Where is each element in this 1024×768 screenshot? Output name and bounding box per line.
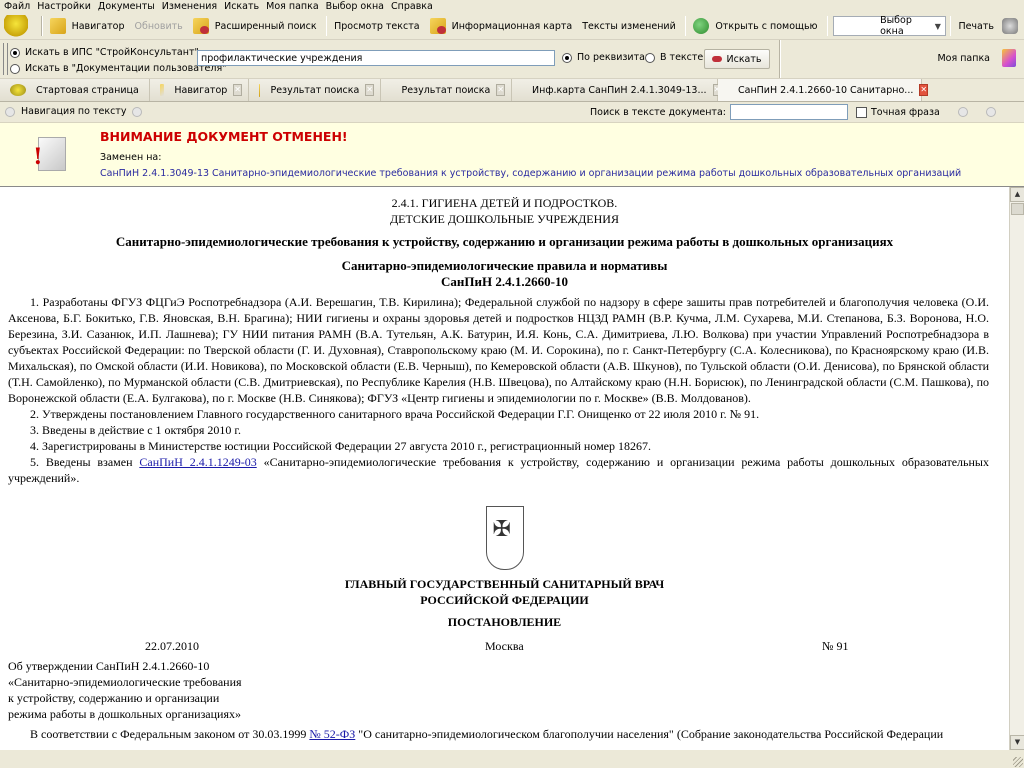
tab-search-result-1[interactable]: Результат поиска✕ — [249, 79, 381, 101]
resize-grip-icon[interactable] — [1013, 757, 1023, 767]
status-bar — [0, 751, 1024, 768]
binoculars-icon — [712, 56, 722, 62]
menu-window-select[interactable]: Выбор окна — [322, 1, 387, 12]
close-icon[interactable]: ✕ — [365, 84, 374, 96]
menu-settings[interactable]: Настройки — [33, 1, 94, 12]
scroll-up-icon[interactable]: ▲ — [1010, 187, 1024, 202]
p5-text: 5. Введены взамен — [30, 455, 139, 469]
scope-ips-label: Искать в ИПС "СтройКонсультант" — [25, 47, 199, 58]
open-with-button[interactable]: Открыть с помощью — [689, 15, 823, 37]
advanced-search-button[interactable]: Расширенный поиск — [189, 15, 323, 37]
search-button[interactable]: Искать — [704, 49, 770, 69]
home-icon — [10, 84, 26, 96]
paragraph-preamble: В соответствии с Федеральным законом от … — [8, 726, 989, 742]
exact-phrase-checkbox[interactable] — [856, 107, 867, 118]
tab-start-page[interactable]: Стартовая страница — [0, 79, 150, 101]
vertical-scrollbar[interactable]: ▲ ▼ — [1009, 187, 1024, 750]
menu-changes[interactable]: Изменения — [158, 1, 220, 12]
open-with-icon — [693, 18, 709, 34]
toolbar-separator — [685, 16, 687, 36]
radio-unchecked-icon — [10, 64, 20, 74]
document-subtitle: Санитарно-эпидемиологические правила и н… — [0, 258, 1009, 274]
find-label: Поиск в тексте документа: — [590, 107, 726, 118]
decree-about-line: режима работы в дошкольных организациях» — [8, 706, 1009, 722]
advanced-search-label: Расширенный поиск — [215, 21, 317, 32]
decree-about-line: «Санитарно-эпидемиологические требования — [8, 674, 1009, 690]
close-icon[interactable]: ✕ — [233, 84, 242, 96]
menu-my-folder[interactable]: Моя папка — [262, 1, 322, 12]
toolbar-separator — [326, 16, 328, 36]
preamble-text: В соответствии с Федеральным законом от … — [30, 727, 309, 741]
paragraph-1: 1. Разработаны ФГУЗ ФЦГиЭ Роспотребнадзо… — [8, 294, 989, 406]
paragraph-4: 4. Зарегистрированы в Министерстве юстиц… — [8, 438, 989, 454]
decree-meta-row: 22.07.2010 Москва № 91 — [0, 636, 1009, 658]
navigator-button[interactable]: Навигатор — [46, 15, 131, 37]
radio-checked-icon — [10, 48, 20, 58]
chevron-down-icon: ▼ — [935, 22, 941, 31]
scroll-thumb[interactable] — [1011, 203, 1024, 215]
toolbar-separator — [779, 40, 781, 78]
home-button[interactable] — [0, 15, 38, 37]
window-select-dropdown[interactable]: Выбор окна▼ — [833, 16, 946, 36]
advanced-search-icon — [193, 18, 209, 34]
window-select-value: Выбор окна — [880, 15, 935, 37]
print-label: Печать — [958, 21, 994, 32]
info-card-button[interactable]: Информационная карта — [426, 15, 579, 37]
find-in-document: Поиск в тексте документа: Точная фраза — [590, 104, 996, 120]
replaced-sanpin-link[interactable]: СанПиН 2.4.1.1249-03 — [139, 455, 256, 469]
menu-documents[interactable]: Документы — [94, 1, 158, 12]
tab-label: Стартовая страница — [26, 85, 143, 96]
text-navigation-label: Навигация по тексту — [21, 106, 126, 117]
document-cancelled-banner: ВНИМАНИЕ ДОКУМЕНТ ОТМЕНЕН! Заменен на: С… — [0, 122, 1024, 188]
find-in-text-input[interactable] — [730, 104, 848, 120]
my-folder-button[interactable]: Моя папка — [937, 49, 1016, 67]
search-query-input[interactable]: профилактические учреждения — [197, 50, 555, 66]
find-next-icon[interactable] — [986, 107, 996, 117]
menu-help[interactable]: Справка — [387, 1, 436, 12]
decree-heading: ПОСТАНОВЛЕНИЕ — [0, 614, 1009, 630]
print-button[interactable]: Печать — [954, 15, 1024, 37]
text-navigation-button[interactable]: Навигация по тексту — [5, 106, 142, 117]
document-title: Санитарно-эпидемиологические требования … — [0, 234, 1009, 250]
view-text-button[interactable]: Просмотр текста — [330, 15, 425, 37]
paragraph-2: 2. Утверждены постановлением Главного го… — [8, 406, 989, 422]
paragraph-5: 5. Введены взамен СанПиН 2.4.1.1249-03 «… — [8, 454, 989, 486]
replacement-document-link[interactable]: СанПиН 2.4.1.3049-13 Санитарно-эпидемиол… — [100, 168, 961, 179]
scope-ips-radio[interactable]: Искать в ИПС "СтройКонсультант" — [10, 47, 199, 58]
document-code: СанПиН 2.4.1.2660-10 — [0, 274, 1009, 290]
mode-requisites-radio[interactable]: По реквизитам — [562, 52, 652, 63]
search-bar: Искать в ИПС "СтройКонсультант" Искать в… — [0, 40, 1024, 79]
open-with-label: Открыть с помощью — [715, 21, 817, 32]
books-icon — [1002, 49, 1016, 67]
info-card-icon — [430, 18, 446, 34]
refresh-button[interactable]: Обновить — [131, 15, 189, 37]
radio-checked-icon — [562, 53, 572, 63]
warning-document-icon — [38, 137, 66, 171]
decree-city: Москва — [485, 638, 524, 654]
toolbar-separator — [41, 16, 43, 36]
close-icon[interactable]: ✕ — [919, 84, 928, 96]
my-folder-label: Моя папка — [937, 53, 990, 64]
section-subheading: ДЕТСКИЕ ДОШКОЛЬНЫЕ УЧРЕЖДЕНИЯ — [0, 211, 1009, 227]
navigator-icon — [50, 18, 66, 34]
mode-requisites-label: По реквизитам — [577, 52, 652, 63]
change-texts-label: Тексты изменений — [582, 21, 676, 32]
navigator-label: Навигатор — [72, 21, 125, 32]
toolbar-separator — [827, 16, 829, 36]
tab-label: Навигатор — [164, 85, 227, 96]
federal-law-link[interactable]: № 52-ФЗ — [309, 727, 355, 741]
document-body: 2.4.1. ГИГИЕНА ДЕТЕЙ И ПОДРОСТКОВ. ДЕТСК… — [0, 187, 1009, 750]
decree-number: № 91 — [822, 638, 848, 654]
document-tabs: Стартовая страница Навигатор✕ Результат … — [0, 79, 1024, 102]
warning-title: ВНИМАНИЕ ДОКУМЕНТ ОТМЕНЕН! — [100, 129, 348, 144]
section-heading: 2.4.1. ГИГИЕНА ДЕТЕЙ И ПОДРОСТКОВ. — [0, 195, 1009, 211]
tab-search-result-2[interactable]: Результат поиска✕ — [381, 79, 512, 101]
find-previous-icon[interactable] — [958, 107, 968, 117]
coat-of-arms-icon — [486, 506, 524, 570]
tab-label: Результат поиска — [391, 85, 490, 96]
nav-forward-icon — [132, 107, 142, 117]
authority-line-1: ГЛАВНЫЙ ГОСУДАРСТВЕННЫЙ САНИТАРНЫЙ ВРАЧ — [0, 576, 1009, 592]
tab-label: Результат поиска — [260, 85, 359, 96]
info-card-label: Информационная карта — [452, 21, 573, 32]
toolbar-grip[interactable] — [3, 43, 8, 75]
scope-user-docs-radio[interactable]: Искать в "Документации пользователя" — [10, 63, 227, 74]
decree-about-line: Об утверждении СанПиН 2.4.1.2660-10 — [8, 658, 1009, 674]
tab-label: СанПиН 2.4.1.2660-10 Санитарно... — [728, 85, 913, 96]
search-button-label: Искать — [726, 54, 761, 65]
scroll-down-icon[interactable]: ▼ — [1010, 735, 1024, 750]
replaced-by-label: Заменен на: — [100, 152, 161, 163]
tab-navigator[interactable]: Навигатор✕ — [150, 79, 249, 101]
menu-bar: Файл Настройки Документы Изменения Искат… — [0, 0, 1024, 13]
mode-text-radio[interactable]: В тексте — [645, 52, 703, 63]
helmet-logo-icon — [4, 15, 28, 37]
paragraph-3: 3. Введены в действие с 1 октября 2010 г… — [8, 422, 989, 438]
close-icon[interactable]: ✕ — [496, 84, 505, 96]
main-toolbar: Навигатор Обновить Расширенный поиск Про… — [0, 13, 1024, 40]
text-navigation-bar: Навигация по тексту Поиск в тексте докум… — [0, 102, 1024, 122]
refresh-label: Обновить — [135, 21, 183, 32]
decree-date: 22.07.2010 — [145, 638, 199, 654]
toolbar-separator — [950, 16, 952, 36]
radio-unchecked-icon — [645, 53, 655, 63]
nav-back-icon — [5, 107, 15, 117]
printer-icon — [1002, 18, 1018, 34]
mode-text-label: В тексте — [660, 52, 703, 63]
tab-sanpin-document[interactable]: СанПиН 2.4.1.2660-10 Санитарно...✕ — [718, 79, 922, 101]
menu-search[interactable]: Искать — [220, 1, 262, 12]
preamble-text: "О санитарно-эпидемиологическом благопол… — [355, 727, 943, 741]
tab-label: Инф.карта СанПиН 2.4.1.3049-13... — [522, 85, 707, 96]
change-texts-button[interactable]: Тексты изменений — [578, 15, 682, 37]
menu-file[interactable]: Файл — [0, 1, 33, 12]
view-text-label: Просмотр текста — [334, 21, 419, 32]
decree-about-line: к устройству, содержанию и организации — [8, 690, 1009, 706]
authority-line-2: РОССИЙСКОЙ ФЕДЕРАЦИИ — [0, 592, 1009, 608]
exact-phrase-label: Точная фраза — [871, 107, 940, 118]
tab-info-card[interactable]: Инф.карта СанПиН 2.4.1.3049-13...✕ — [512, 79, 718, 101]
